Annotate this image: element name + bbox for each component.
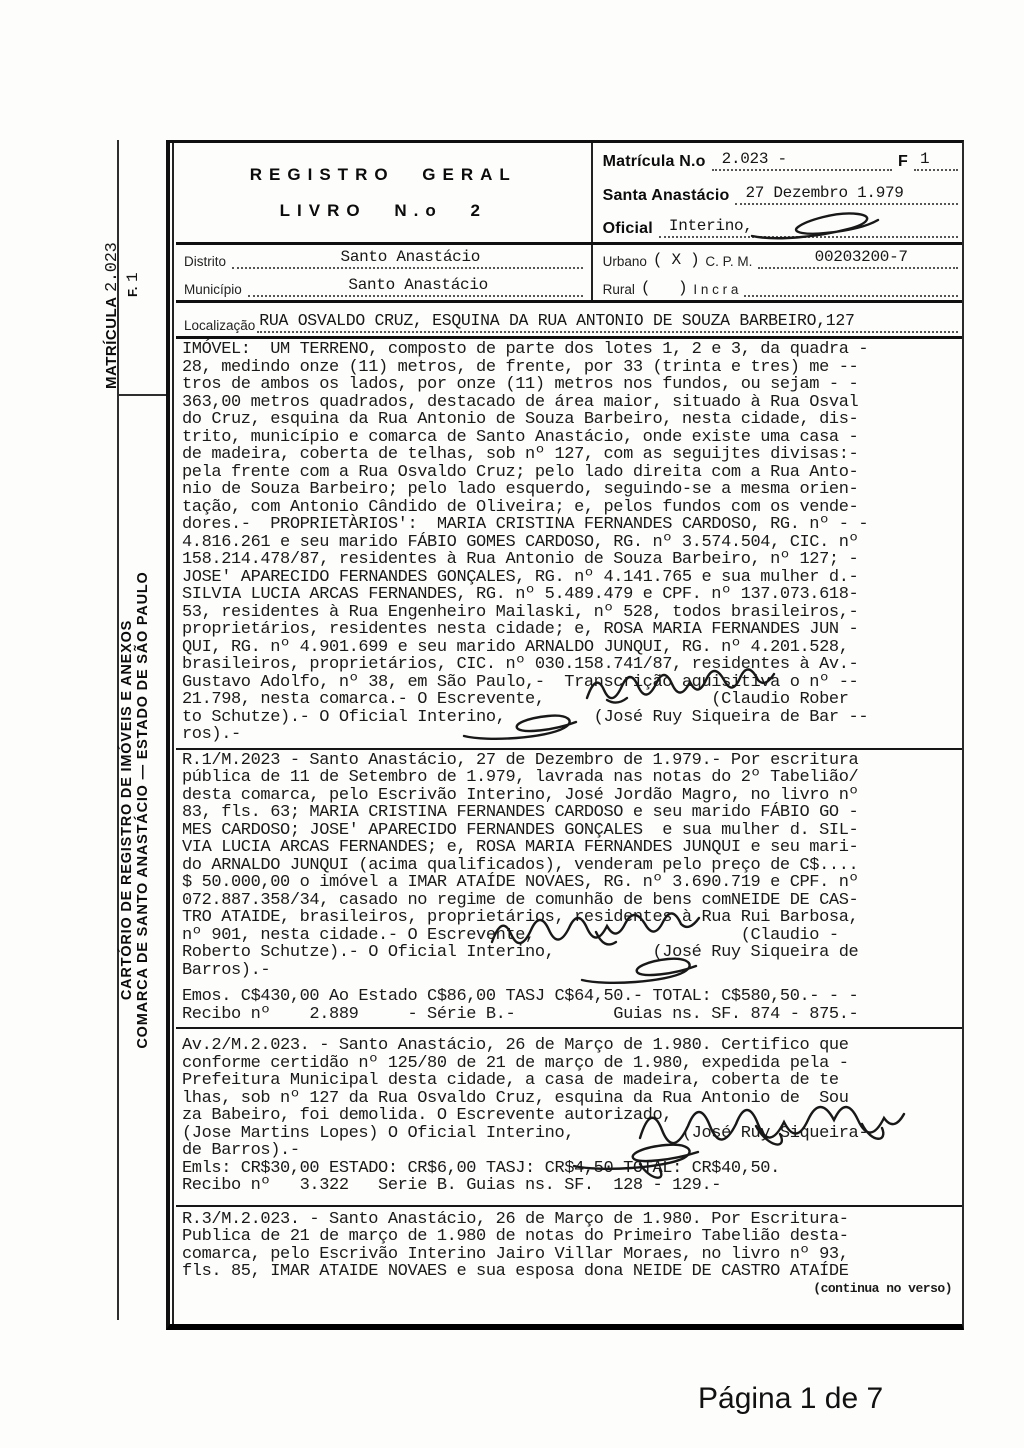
section-r3: R.3/M.2.023. - Santo Anastácio, 26 de Ma… xyxy=(176,1207,962,1300)
municipio-value: Santo Anastácio xyxy=(248,276,583,297)
section-av2: Av.2/M.2.023. - Santo Anastácio, 26 de M… xyxy=(176,1029,962,1205)
distrito-label: Distrito xyxy=(184,254,226,269)
urbano-checkbox: ( X ) xyxy=(653,251,700,269)
oficial-value: Interino, xyxy=(659,217,958,238)
side-folha-value: 1 xyxy=(124,273,142,282)
continua-note: (continua no verso) xyxy=(182,1281,960,1296)
cartorio-line2: COMARCA DE SANTO ANASTÁCIO — ESTADO DE S… xyxy=(135,550,151,1070)
matricula-label: Matrícula N.o xyxy=(603,153,706,171)
date-value: 27 Dezembro 1.979 xyxy=(735,184,958,205)
matricula-value: 2.023 - xyxy=(712,150,892,171)
cartorio-side-label: CARTÓRIO DE REGISTRO DE IMÓVEIS E ANEXOS… xyxy=(119,550,165,1070)
urbano-rural-cell: Urbano ( X ) C. P. M. 00203200-7 Rural (… xyxy=(593,245,962,300)
header-fields-cell: Matrícula N.o 2.023 - F 1 Santa Anastáci… xyxy=(593,143,962,242)
folha-label: F xyxy=(898,153,908,171)
r1-text: R.1/M.2023 - Santo Anastácio, 27 de Deze… xyxy=(182,752,960,980)
localizacao-label: Localização xyxy=(184,318,255,333)
section-imovel: IMÓVEL: UM TERRENO, composto de parte do… xyxy=(176,339,962,748)
header-row-district: Distrito Santo Anastácio Município Santo… xyxy=(176,245,962,303)
r3-text: R.3/M.2.023. - Santo Anastácio, 26 de Ma… xyxy=(182,1211,960,1281)
side-folha-label: F. xyxy=(125,286,140,297)
r1-fees: Emos. C$430,00 Ao Estado C$86,00 TASJ C$… xyxy=(182,988,960,1023)
incra-label: I n c r a xyxy=(693,282,738,297)
incra-value-blank xyxy=(744,294,958,297)
cpm-value: 00203200-7 xyxy=(758,248,958,269)
section-r1: R.1/M.2023 - Santo Anastácio, 27 de Deze… xyxy=(176,750,962,1028)
rural-label: Rural xyxy=(603,282,635,297)
scan-edge-tick xyxy=(117,394,167,396)
distrito-value: Santo Anastácio xyxy=(232,248,583,269)
av2-fees: Emls: CR$30,00 ESTADO: CR$6,00 TASJ: CR$… xyxy=(182,1160,960,1195)
livro-title: LIVRO N.o 2 xyxy=(280,201,487,221)
cpm-label: C. P. M. xyxy=(705,254,752,269)
municipio-label: Município xyxy=(184,282,242,297)
matricula-side-tab: MATRÍCULA 2.023 F. 1 xyxy=(103,141,157,393)
oficial-label: Oficial xyxy=(603,220,653,238)
imovel-text: IMÓVEL: UM TERRENO, composto de parte do… xyxy=(182,341,960,744)
folha-value: 1 xyxy=(914,150,958,171)
page-indicator: Página 1 de 7 xyxy=(698,1382,883,1416)
side-matricula-value: 2.023 xyxy=(103,242,122,292)
localizacao-value: RUA OSVALDO CRUZ, ESQUINA DA RUA ANTONIO… xyxy=(257,311,958,333)
scanned-registry-page: MATRÍCULA 2.023 F. 1 CARTÓRIO DE REGISTR… xyxy=(0,0,1024,1448)
urbano-label: Urbano xyxy=(603,254,647,269)
distrito-municipio-cell: Distrito Santo Anastácio Município Santo… xyxy=(176,245,593,300)
document-frame: REGISTRO GERAL LIVRO N.o 2 Matrícula N.o… xyxy=(166,140,964,1330)
city-label: Santa Anastácio xyxy=(603,187,730,205)
registro-title-cell: REGISTRO GERAL LIVRO N.o 2 xyxy=(176,143,593,242)
header-row-localizacao: Localização RUA OSVALDO CRUZ, ESQUINA DA… xyxy=(176,303,962,339)
side-matricula-label: MATRÍCULA xyxy=(103,296,120,389)
rural-checkbox: ( ) xyxy=(641,279,688,297)
av2-text: Av.2/M.2.023. - Santo Anastácio, 26 de M… xyxy=(182,1037,960,1160)
frame-inner-left-line xyxy=(172,143,174,1324)
header-row-title: REGISTRO GERAL LIVRO N.o 2 Matrícula N.o… xyxy=(176,143,962,245)
cartorio-line1: CARTÓRIO DE REGISTRO DE IMÓVEIS E ANEXOS xyxy=(119,550,135,1070)
registro-geral-title: REGISTRO GERAL xyxy=(250,165,517,185)
